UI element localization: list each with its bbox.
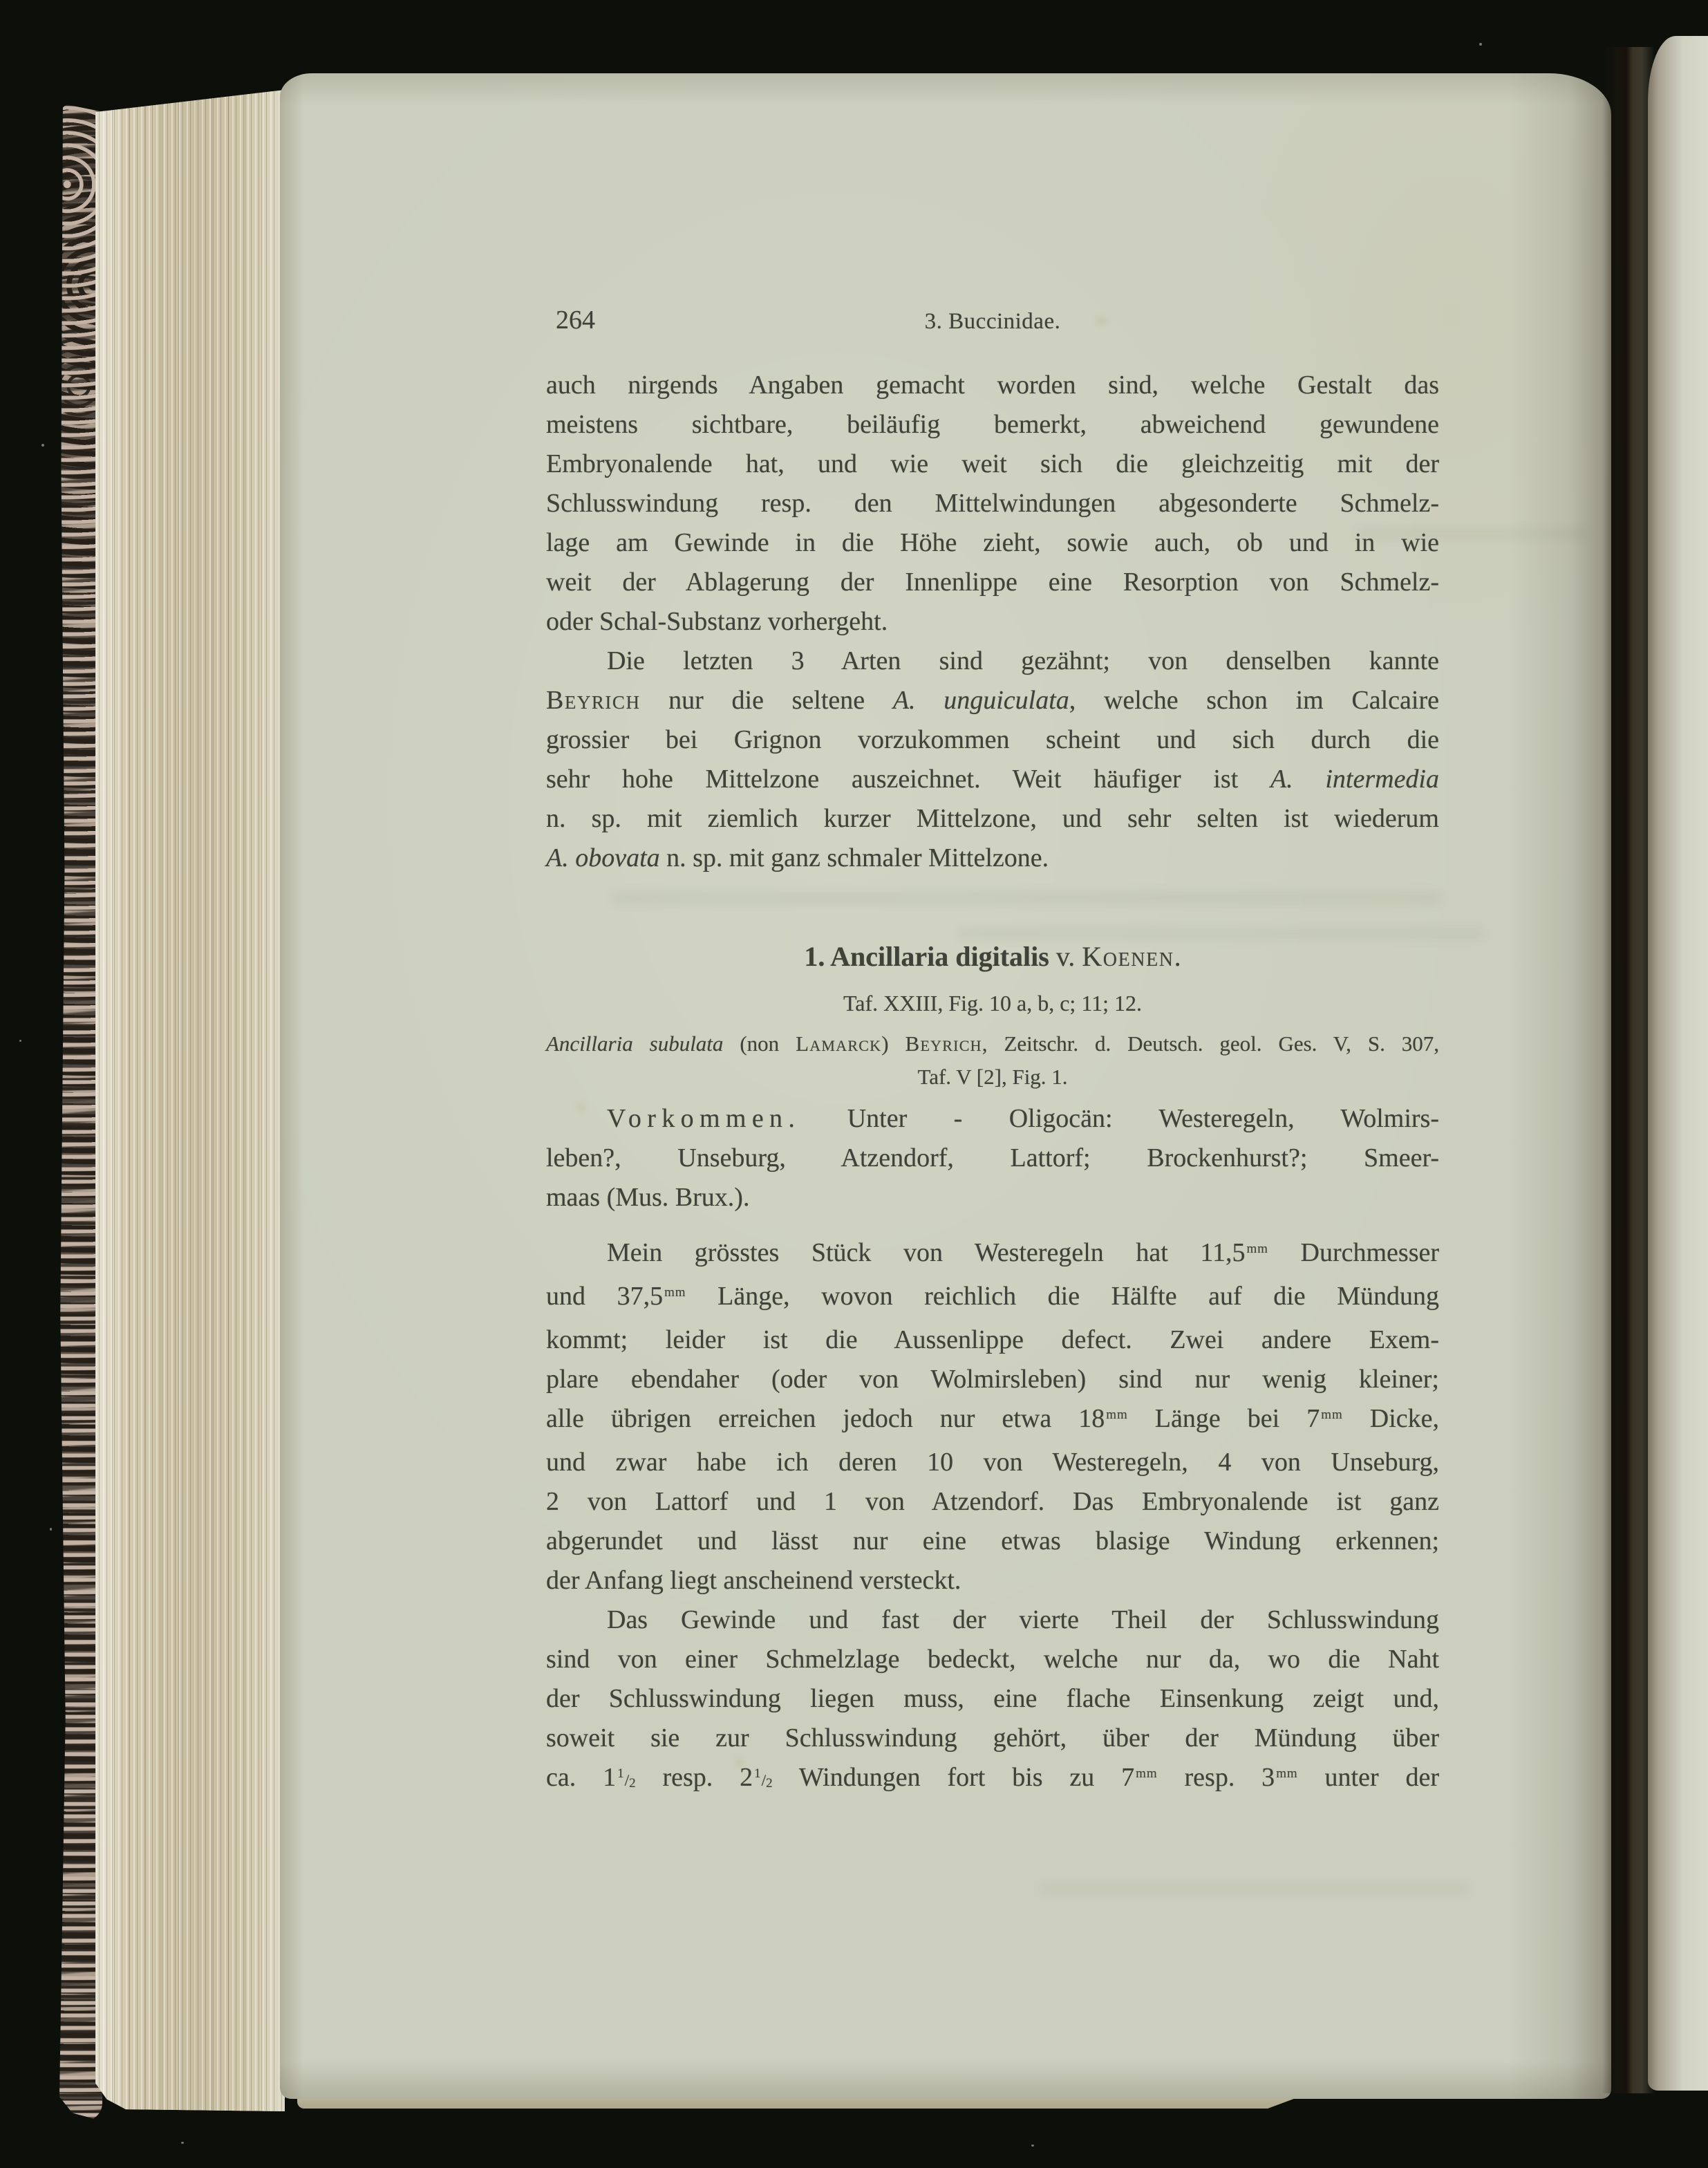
text-line: Mein grösstes Stück von Westeregeln hat … [546, 1233, 1439, 1277]
text-line: Vorkommen. Unter - Oligocän: Westeregeln… [546, 1099, 1439, 1139]
text-run: auch nirgends Angaben gemacht worden sin… [546, 371, 1439, 400]
text-line: n. sp. mit ziemlich kurzer Mittelzone, u… [546, 799, 1439, 839]
text-run: alle übrigen erreichen jedoch nur etwa 1… [546, 1404, 1105, 1433]
facing-page-edge [1648, 36, 1708, 2091]
text-run: Beyrich [546, 686, 640, 715]
block-paragraph: auch nirgends Angaben gemacht worden sin… [546, 366, 1439, 642]
dust-speck [1031, 2144, 1034, 2147]
text-run: Embryonalende hat, und wie weit sich die… [546, 449, 1439, 478]
text-run: ca. 1 [546, 1763, 616, 1792]
block-paragraph: Vorkommen. Unter - Oligocän: Westeregeln… [546, 1099, 1439, 1217]
text-run: der Schlusswindung liegen muss, eine fla… [546, 1684, 1439, 1713]
text-line: der Schlusswindung liegen muss, eine fla… [546, 1679, 1439, 1719]
text-run: und zwar habe ich deren 10 von Westerege… [546, 1448, 1439, 1477]
text-line: soweit sie zur Schlusswindung gehört, üb… [546, 1719, 1439, 1758]
dust-speck [181, 2142, 184, 2144]
text-run: abgerundet und lässt nur eine etwas blas… [546, 1526, 1439, 1555]
text-run: resp. 3 [1158, 1763, 1275, 1792]
text-run: nur die seltene [640, 686, 892, 715]
dust-speck [50, 1528, 52, 1531]
text-line: Schlusswindung resp. den Mittelwindungen… [546, 484, 1439, 523]
text-run: unter der [1298, 1763, 1439, 1792]
text-line: Embryonalende hat, und wie weit sich die… [546, 445, 1439, 484]
book-scan: 264 3. Buccinidae. auch nirgends Angaben… [0, 0, 1708, 2168]
text-run: A. unguiculata [893, 686, 1069, 715]
text-line: 1. Ancillaria digitalis v. Koenen. [546, 937, 1439, 976]
text-run: A. intermedia [1270, 765, 1439, 794]
block-paragraph: Mein grösstes Stück von Westeregeln hat … [546, 1233, 1439, 1600]
text-line: alle übrigen erreichen jedoch nur etwa 1… [546, 1399, 1439, 1443]
text-run: mm [1136, 1766, 1157, 1781]
block-paragraph: Das Gewinde und fast der vierte Theil de… [546, 1600, 1439, 1802]
text-run: resp. 2 [636, 1763, 753, 1792]
text-run: Das Gewinde und fast der vierte Theil de… [607, 1605, 1439, 1634]
text-line: maas (Mus. Brux.). [546, 1178, 1439, 1217]
dust-speck [41, 444, 44, 447]
text-line: Das Gewinde und fast der vierte Theil de… [546, 1600, 1439, 1640]
text-run: leben?, Unseburg, Atzendorf, Lattorf; Br… [546, 1143, 1439, 1172]
text-run: 1 [617, 1766, 624, 1781]
text-line: abgerundet und lässt nur eine etwas blas… [546, 1522, 1439, 1561]
text-run: mm [664, 1285, 686, 1300]
text-line: 2 von Lattorf und 1 von Atzendorf. Das E… [546, 1482, 1439, 1522]
text-run: und 37,5 [546, 1282, 663, 1311]
block-species-heading: 1. Ancillaria digitalis v. Koenen. [546, 937, 1439, 976]
text-run: kommt; leider ist die Aussenlippe defect… [546, 1325, 1439, 1354]
dust-speck [19, 1040, 21, 1042]
text-run: sind von einer Schmelzlage bedeckt, welc… [546, 1645, 1439, 1674]
text-run: Ancillaria subulata [546, 1031, 723, 1056]
text-run: plare ebendaher (oder von Wolmirsleben) … [546, 1365, 1439, 1394]
text-run: n. sp. mit ganz schmaler Mittelzone. [660, 843, 1049, 872]
text-run: n. sp. mit ziemlich kurzer Mittelzone, u… [546, 804, 1439, 833]
block-synonymy-citation: Ancillaria subulata (non Lamarck) Beyric… [546, 1027, 1439, 1094]
text-run: weit der Ablagerung der Innenlippe eine … [546, 568, 1439, 597]
text-line: plare ebendaher (oder von Wolmirsleben) … [546, 1360, 1439, 1399]
text-run: Die letzten 3 Arten sind gezähnt; von de… [607, 646, 1439, 675]
text-run: . [1174, 941, 1181, 972]
text-run: Schlusswindung resp. den Mittelwindungen… [546, 489, 1439, 518]
text-run: mm [1321, 1408, 1342, 1422]
text-run: Lamarck [796, 1031, 881, 1056]
page-stack-fore-edge [95, 90, 285, 2111]
text-line: der Anfang liegt anscheinend versteckt. [546, 1561, 1439, 1600]
text-run: lage am Gewinde in die Höhe zieht, sowie… [546, 528, 1439, 557]
block-plate-reference: Taf. XXIII, Fig. 10 a, b, c; 11; 12. [546, 987, 1439, 1019]
text-line: A. obovata n. sp. mit ganz schmaler Mitt… [546, 839, 1439, 878]
text-run: sehr hohe Mittelzone auszeichnet. Weit h… [546, 765, 1270, 794]
text-line: Beyrich nur die seltene A. unguiculata, … [546, 681, 1439, 720]
text-run: meistens sichtbare, beiläufig bemerkt, a… [546, 410, 1439, 439]
text-line: und zwar habe ich deren 10 von Westerege… [546, 1443, 1439, 1482]
text-run: Beyrich [905, 1031, 982, 1056]
book-page: 264 3. Buccinidae. auch nirgends Angaben… [280, 73, 1611, 2099]
text-run: mm [1246, 1242, 1268, 1256]
text-run: , welche schon im Calcaire [1069, 686, 1439, 715]
text-run: Vorkommen. [607, 1104, 800, 1133]
text-run: (non [723, 1031, 796, 1056]
text-run: Taf. XXIII, Fig. 10 a, b, c; 11; 12. [843, 991, 1142, 1016]
text-line: lage am Gewinde in die Höhe zieht, sowie… [546, 523, 1439, 563]
text-line: Taf. V [2], Fig. 1. [546, 1060, 1439, 1094]
text-run: grossier bei Grignon vorzukommen scheint… [546, 725, 1439, 754]
text-line: Die letzten 3 Arten sind gezähnt; von de… [546, 642, 1439, 681]
text-run: , Zeitschr. d. Deutsch. geol. Ges. V, S.… [982, 1031, 1439, 1056]
text-run: Länge, wovon reichlich die Hälfte auf di… [686, 1282, 1439, 1311]
text-line: meistens sichtbare, beiläufig bemerkt, a… [546, 405, 1439, 445]
text-flow: auch nirgends Angaben gemacht worden sin… [546, 366, 1439, 1802]
text-run: Dicke, [1343, 1404, 1439, 1433]
text-run: mm [1276, 1766, 1297, 1781]
running-head: 3. Buccinidae. [546, 310, 1439, 333]
text-run: Mein grösstes Stück von Westeregeln hat … [607, 1238, 1245, 1267]
text-run: Koenen [1082, 941, 1174, 972]
text-run: Taf. V [2], Fig. 1. [917, 1065, 1067, 1089]
text-run: 2 [766, 1776, 773, 1791]
gutter-shadow [1602, 47, 1655, 2093]
text-run: 1 [754, 1766, 761, 1781]
text-run: ) [881, 1031, 905, 1056]
text-run: mm [1106, 1408, 1127, 1422]
text-line: oder Schal-Substanz vorhergeht. [546, 602, 1439, 642]
text-line: kommt; leider ist die Aussenlippe defect… [546, 1320, 1439, 1360]
text-line: Taf. XXIII, Fig. 10 a, b, c; 11; 12. [546, 987, 1439, 1019]
text-line: sehr hohe Mittelzone auszeichnet. Weit h… [546, 760, 1439, 799]
text-line: Ancillaria subulata (non Lamarck) Beyric… [546, 1027, 1439, 1060]
text-line: sind von einer Schmelzlage bedeckt, welc… [546, 1640, 1439, 1679]
text-run: 2 [629, 1776, 636, 1791]
text-line: leben?, Unseburg, Atzendorf, Lattorf; Br… [546, 1139, 1439, 1178]
text-run: Windungen fort bis zu 7 [773, 1763, 1135, 1792]
text-run: v. [1056, 941, 1082, 972]
text-run: Unter - Oligocän: Westeregeln, Wolmirs- [800, 1104, 1439, 1133]
text-run: 1. Ancillaria digitalis [804, 941, 1055, 972]
text-run: soweit sie zur Schlusswindung gehört, üb… [546, 1723, 1439, 1753]
text-line: auch nirgends Angaben gemacht worden sin… [546, 366, 1439, 405]
dust-speck [1479, 43, 1482, 46]
text-run: A. obovata [546, 843, 660, 872]
text-column: 264 3. Buccinidae. auch nirgends Angaben… [546, 73, 1439, 2099]
text-run: der Anfang liegt anscheinend versteckt. [546, 1566, 961, 1595]
text-run: oder Schal-Substanz vorhergeht. [546, 607, 888, 636]
text-line: weit der Ablagerung der Innenlippe eine … [546, 563, 1439, 602]
text-run: maas (Mus. Brux.). [546, 1183, 749, 1212]
text-line: und 37,5mm Länge, wovon reichlich die Hä… [546, 1277, 1439, 1320]
text-line: grossier bei Grignon vorzukommen scheint… [546, 720, 1439, 760]
block-paragraph: Die letzten 3 Arten sind gezähnt; von de… [546, 642, 1439, 878]
text-run: 2 von Lattorf und 1 von Atzendorf. Das E… [546, 1487, 1439, 1516]
text-run: Durchmesser [1268, 1238, 1439, 1267]
text-line: ca. 11/2 resp. 21/2 Windungen fort bis z… [546, 1758, 1439, 1802]
text-run: Länge bei 7 [1128, 1404, 1320, 1433]
